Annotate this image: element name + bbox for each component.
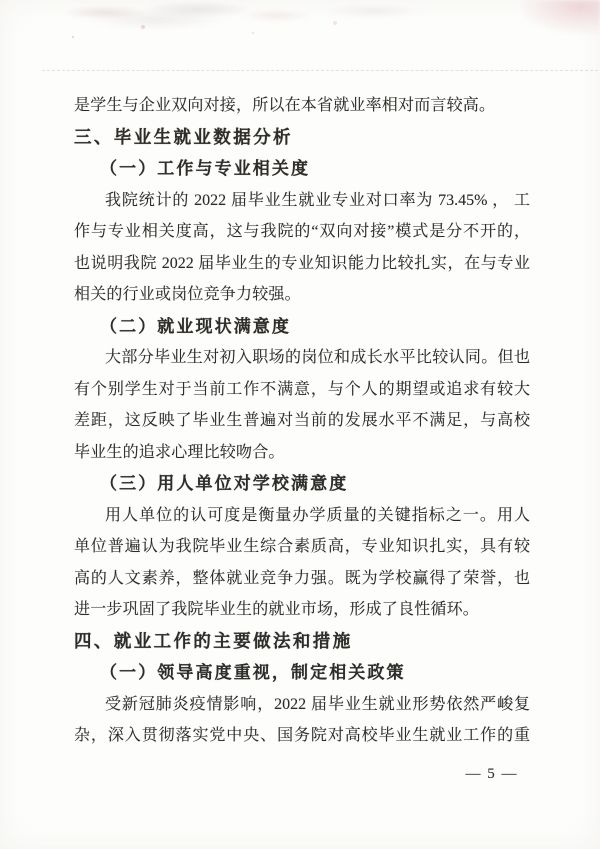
scan-red-specks [72, 36, 74, 38]
text-line: 也说明我院 2022 届毕业生的专业知识能力比较扎实，在与专业 [74, 248, 530, 280]
text-line: 用人单位的认可度是衡量办学质量的关键指标之一。用人 [74, 500, 530, 532]
document-page: 是学生与企业双向对接，所以在本省就业率相对而言较高。三、毕业生就业数据分析（一）… [0, 0, 600, 849]
text-line: 我院统计的 2022 届毕业生就业专业对口率为 73.45% ， 工 [74, 185, 530, 217]
text-line: 高的人文素养，整体就业竞争力强。既为学校赢得了荣誉，也 [74, 563, 530, 595]
subsection-heading: （二）就业现状满意度 [74, 311, 530, 343]
scan-dashed-line [42, 70, 598, 71]
text-line: 是学生与企业双向对接，所以在本省就业率相对而言较高。 [74, 90, 530, 122]
text-line: 毕业生的追求心理比较吻合。 [74, 437, 530, 469]
scan-pink-corner-smudge [522, 0, 600, 42]
text-line: 作与专业相关度高，这与我院的“双向对接”模式是分不开的， [74, 216, 530, 248]
subsection-heading: （一）工作与专业相关度 [74, 153, 530, 185]
subsection-heading: （三）用人单位对学校满意度 [74, 468, 530, 500]
section-heading: 三、毕业生就业数据分析 [74, 122, 530, 154]
text-line: 大部分毕业生对初入职场的岗位和成长水平比较认同。但也 [74, 342, 530, 374]
page-number: — 5 — [466, 766, 519, 783]
text-line: 有个别学生对于当前工作不满意，与个人的期望或追求有较大 [74, 374, 530, 406]
subsection-heading: （一）领导高度重视，制定相关政策 [74, 657, 530, 689]
text-line: 杂，深入贯彻落实党中央、国务院对高校毕业生就业工作的重 [74, 720, 530, 752]
document-body: 是学生与企业双向对接，所以在本省就业率相对而言较高。三、毕业生就业数据分析（一）… [74, 90, 530, 752]
text-line: 受新冠肺炎疫情影响，2022 届毕业生就业形势依然严峻复 [74, 689, 530, 721]
text-line: 进一步巩固了我院毕业生的就业市场，形成了良性循环。 [74, 594, 530, 626]
text-line: 相关的行业或岗位竞争力较强。 [74, 279, 530, 311]
scan-noise-smudge [45, 2, 445, 32]
text-line: 单位普遍认为我院毕业生综合素质高，专业知识扎实，具有较 [74, 531, 530, 563]
text-line: 差距，这反映了毕业生普遍对当前的发展水平不满足，与高校 [74, 405, 530, 437]
section-heading: 四、就业工作的主要做法和措施 [74, 626, 530, 658]
